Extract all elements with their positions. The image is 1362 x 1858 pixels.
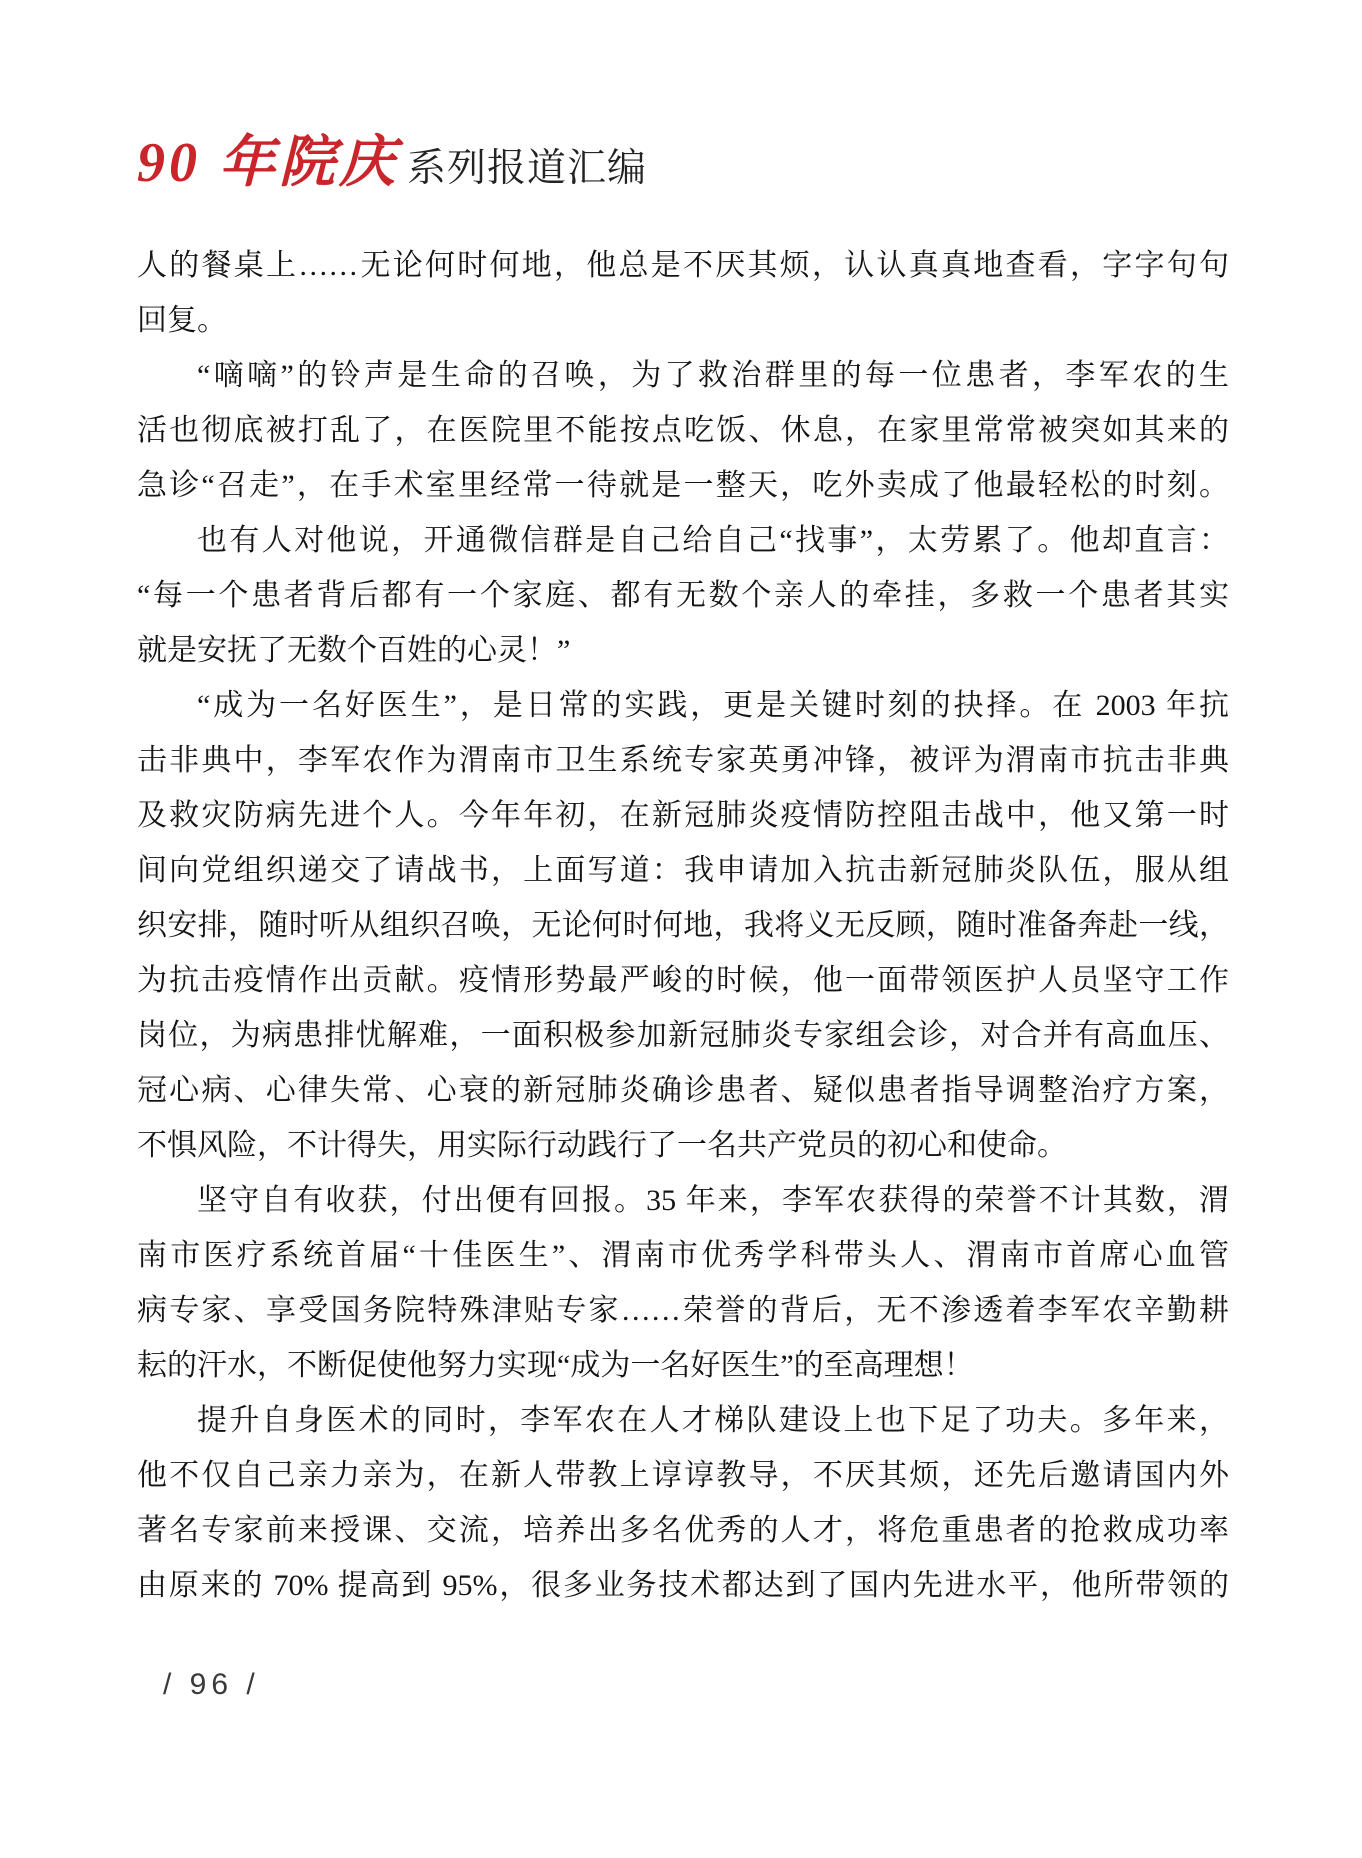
text-line: 耘的汗水，不断促使他努力实现“成为一名好医生”的至高理想！ (137, 1338, 1229, 1393)
text-line: “嘀嘀”的铃声是生命的召唤，为了救治群里的每一位患者，李军农的生 (137, 348, 1229, 403)
text-line: 南市医疗系统首届“十佳医生”、渭南市优秀学科带头人、渭南市首席心血管 (137, 1228, 1229, 1283)
header-red-title: 90 年院庆 (137, 118, 399, 198)
text-line: 由原来的 70% 提高到 95%，很多业务技术都达到了国内先进水平，他所带领的 (137, 1558, 1229, 1613)
article-body: 人的餐桌上……无论何时何地，他总是不厌其烦，认认真真地查看，字字句句回复。“嘀嘀… (137, 238, 1229, 1613)
text-line: 著名专家前来授课、交流，培养出多名优秀的人才，将危重患者的抢救成功率 (137, 1503, 1229, 1558)
text-line: 他不仅自己亲力亲为，在新人带教上谆谆教导，不厌其烦，还先后邀请国内外 (137, 1448, 1229, 1503)
page-number: / 96 / (163, 1668, 260, 1701)
text-line: 岗位，为病患排忧解难，一面积极参加新冠肺炎专家组会诊，对合并有高血压、 (137, 1008, 1229, 1063)
text-line: 冠心病、心律失常、心衰的新冠肺炎确诊患者、疑似患者指导调整治疗方案， (137, 1063, 1229, 1118)
text-line: 击非典中，李军农作为渭南市卫生系统专家英勇冲锋，被评为渭南市抗击非典 (137, 733, 1229, 788)
text-line: 织安排，随时听从组织召唤，无论何时何地，我将义无反顾，随时准备奔赴一线， (137, 898, 1229, 953)
document-page: 90 年院庆 系列报道汇编 人的餐桌上……无论何时何地，他总是不厌其烦，认认真真… (0, 0, 1362, 1858)
text-line: 坚守自有收获，付出便有回报。35 年来，李军农获得的荣誉不计其数，渭 (137, 1173, 1229, 1228)
text-line: 不惧风险，不计得失，用实际行动践行了一名共产党员的初心和使命。 (137, 1118, 1229, 1173)
text-line: 提升自身医术的同时，李军农在人才梯队建设上也下足了功夫。多年来， (137, 1393, 1229, 1448)
text-line: 为抗击疫情作出贡献。疫情形势最严峻的时候，他一面带领医护人员坚守工作 (137, 953, 1229, 1008)
header-black-title: 系列报道汇编 (407, 137, 647, 193)
text-line: 回复。 (137, 293, 1229, 348)
page-footer: / 96 / (163, 1668, 260, 1702)
text-line: 病专家、享受国务院特殊津贴专家……荣誉的背后，无不渗透着李军农辛勤耕 (137, 1283, 1229, 1338)
text-line: 就是安抚了无数个百姓的心灵！” (137, 623, 1229, 678)
text-line: 活也彻底被打乱了，在医院里不能按点吃饭、休息，在家里常常被突如其来的 (137, 403, 1229, 458)
text-line: “成为一名好医生”，是日常的实践，更是关键时刻的抉择。在 2003 年抗 (137, 678, 1229, 733)
text-line: 间向党组织递交了请战书，上面写道：我申请加入抗击新冠肺炎队伍，服从组 (137, 843, 1229, 898)
text-line: 及救灾防病先进个人。今年年初，在新冠肺炎疫情防控阻击战中，他又第一时 (137, 788, 1229, 843)
text-line: “每一个患者背后都有一个家庭、都有无数个亲人的牵挂，多救一个患者其实 (137, 568, 1229, 623)
page-header: 90 年院庆 系列报道汇编 (137, 118, 647, 198)
text-line: 急诊“召走”，在手术室里经常一待就是一整天，吃外卖成了他最轻松的时刻。 (137, 458, 1229, 513)
text-line: 人的餐桌上……无论何时何地，他总是不厌其烦，认认真真地查看，字字句句 (137, 238, 1229, 293)
text-line: 也有人对他说，开通微信群是自己给自己“找事”，太劳累了。他却直言： (137, 513, 1229, 568)
